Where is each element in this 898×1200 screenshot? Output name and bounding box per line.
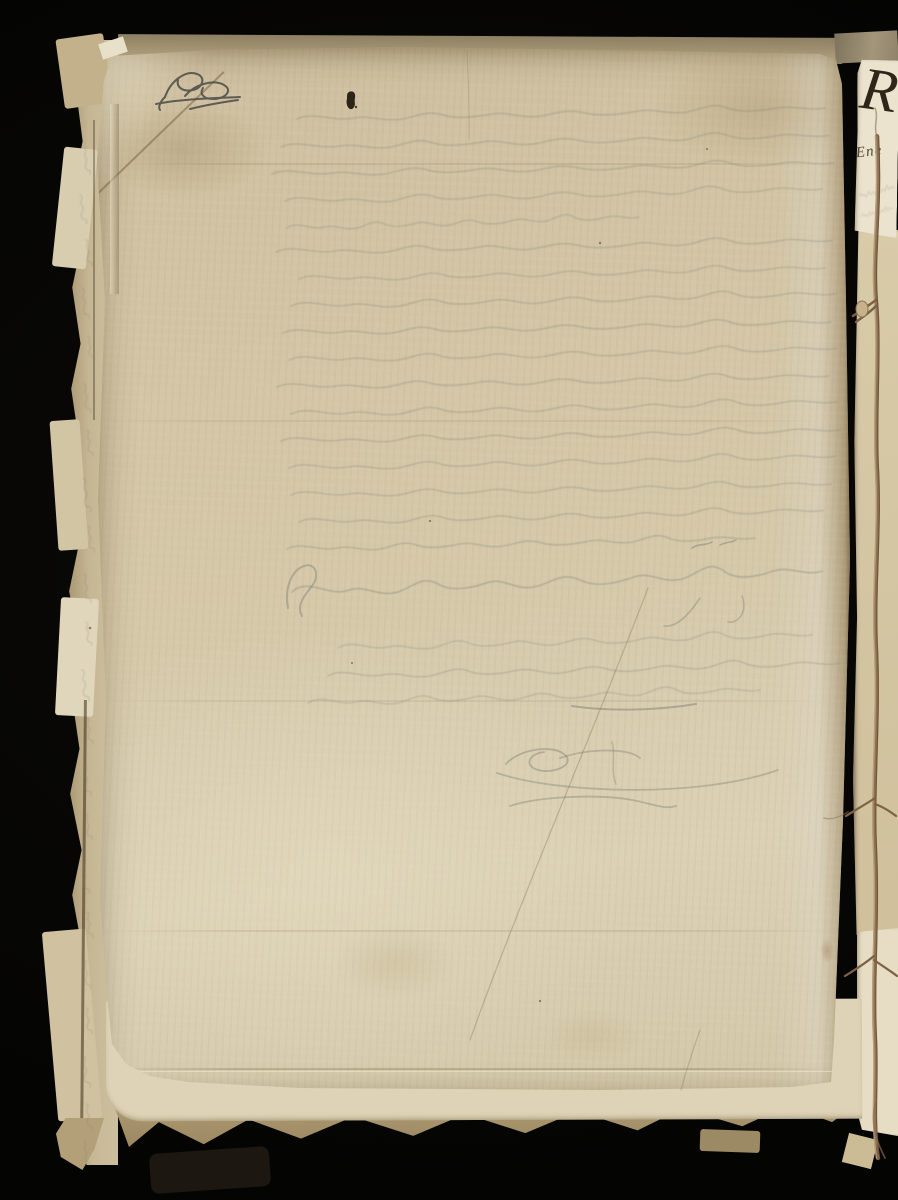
fold-highlight-line	[100, 1071, 836, 1072]
left-edge-crease	[110, 104, 119, 294]
manuscript-page	[92, 44, 850, 1100]
edge-stain	[820, 938, 834, 964]
facing-page-word: Ene	[855, 143, 883, 163]
horizontal-fold-line	[100, 163, 836, 165]
facing-page-fragment: R Ene	[854, 60, 898, 239]
edge-crevice-shadow	[93, 120, 95, 420]
right-under-sheet-corner	[857, 928, 898, 1136]
right-page-edge	[853, 230, 898, 935]
page-shadow-fragment	[149, 1146, 271, 1194]
horizontal-fold-line	[100, 1068, 836, 1070]
facing-page-initial: R	[857, 60, 898, 123]
horizontal-fold-line	[100, 420, 836, 422]
right-page-tab	[834, 30, 898, 63]
torn-paper-flake	[55, 597, 99, 717]
horizontal-fold-line	[100, 930, 836, 932]
horizontal-fold-line	[100, 700, 836, 702]
torn-edge-fragment	[842, 1133, 878, 1169]
manuscript-scan: R Ene	[0, 0, 898, 1200]
torn-edge-fragment	[700, 1129, 761, 1153]
